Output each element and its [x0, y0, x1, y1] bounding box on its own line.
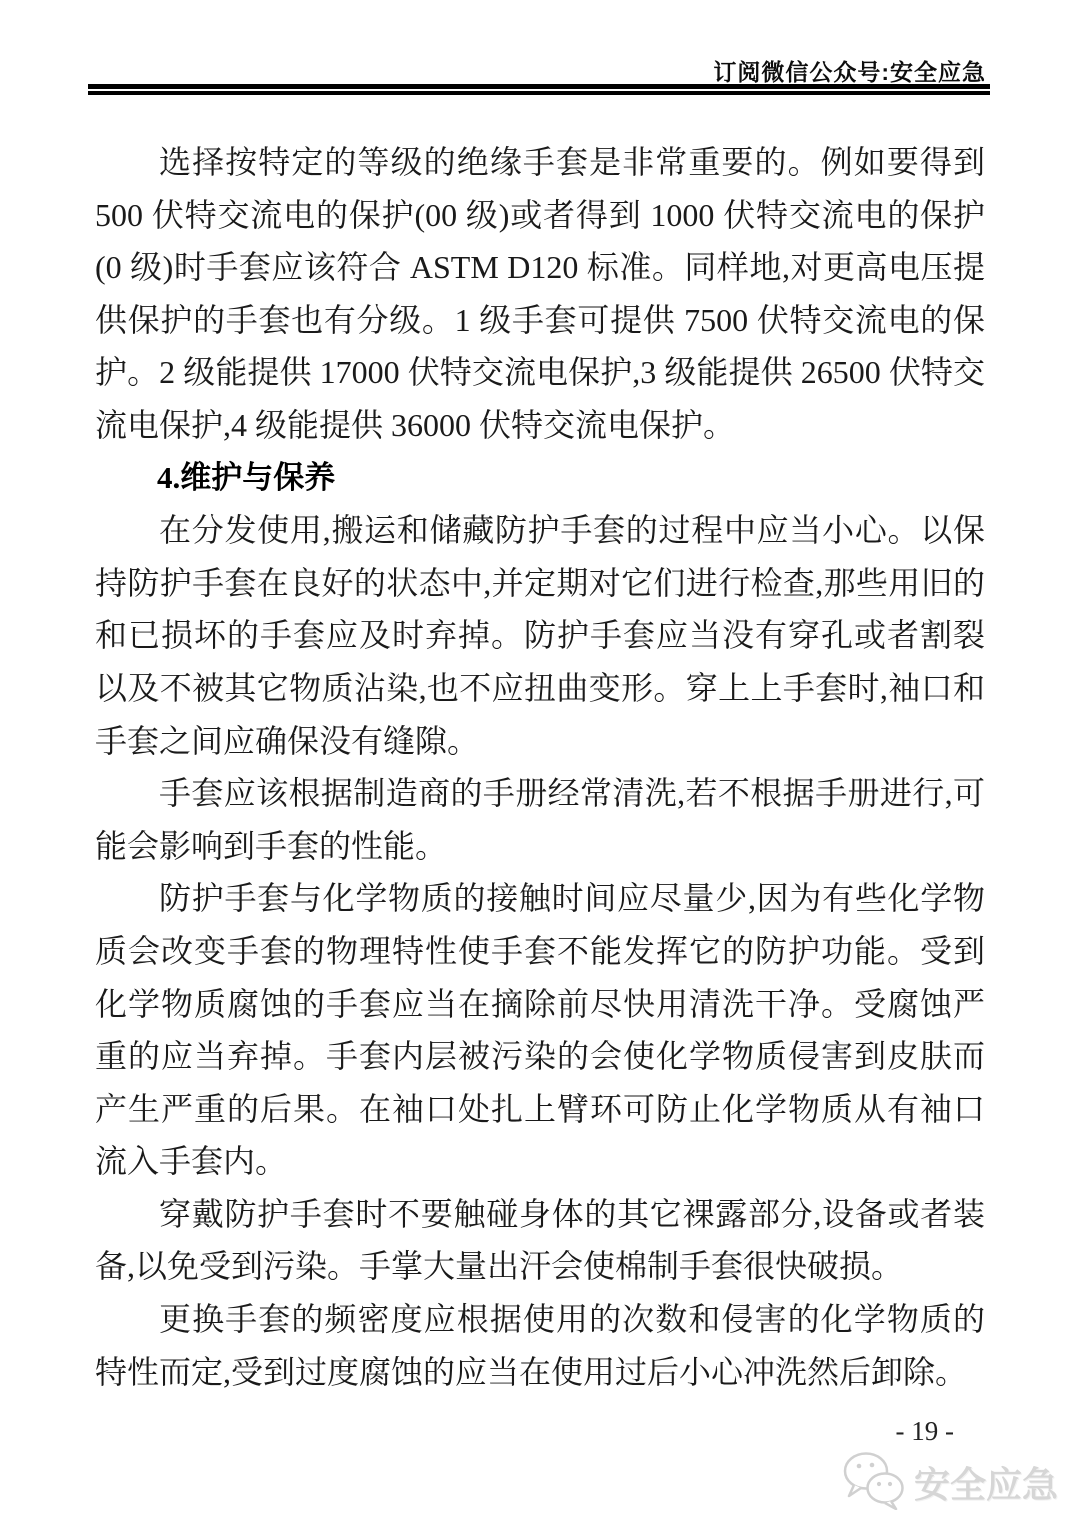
paragraph-cleaning-manual: 手套应该根据制造商的手册经常清洗,若不根据手册进行,可能会影响到手套的性能。 [95, 767, 985, 872]
document-page: 订阅微信公众号:安全应急 选择按特定的等级的绝缘手套是非常重要的。例如要得到 5… [0, 0, 1080, 1527]
page-number: - 19 - [896, 1416, 954, 1447]
watermark: 安全应急 [842, 1450, 1058, 1515]
document-body: 选择按特定的等级的绝缘手套是非常重要的。例如要得到 500 伏特交流电的保护(0… [95, 136, 985, 1398]
paragraph-chemical-contact: 防护手套与化学物质的接触时间应尽量少,因为有些化学物质会改变手套的物理特性使手套… [95, 872, 985, 1188]
header-subscription-text: 订阅微信公众号:安全应急 [713, 54, 986, 87]
paragraph-replacement-frequency: 更换手套的频密度应根据使用的次数和侵害的化学物质的特性而定,受到过度腐蚀的应当在… [95, 1293, 985, 1398]
paragraph-handling-storage: 在分发使用,搬运和储藏防护手套的过程中应当小心。以保持防护手套在良好的状态中,并… [95, 504, 985, 767]
header-double-rule [88, 84, 990, 95]
paragraph-avoid-contamination: 穿戴防护手套时不要触碰身体的其它裸露部分,设备或者装备,以免受到污染。手掌大量出… [95, 1188, 985, 1293]
wechat-icon [842, 1450, 906, 1515]
paragraph-insulating-glove-classes: 选择按特定的等级的绝缘手套是非常重要的。例如要得到 500 伏特交流电的保护(0… [95, 136, 985, 452]
watermark-label: 安全应急 [914, 1457, 1058, 1508]
section-heading-maintenance: 4.维护与保养 [95, 452, 985, 505]
